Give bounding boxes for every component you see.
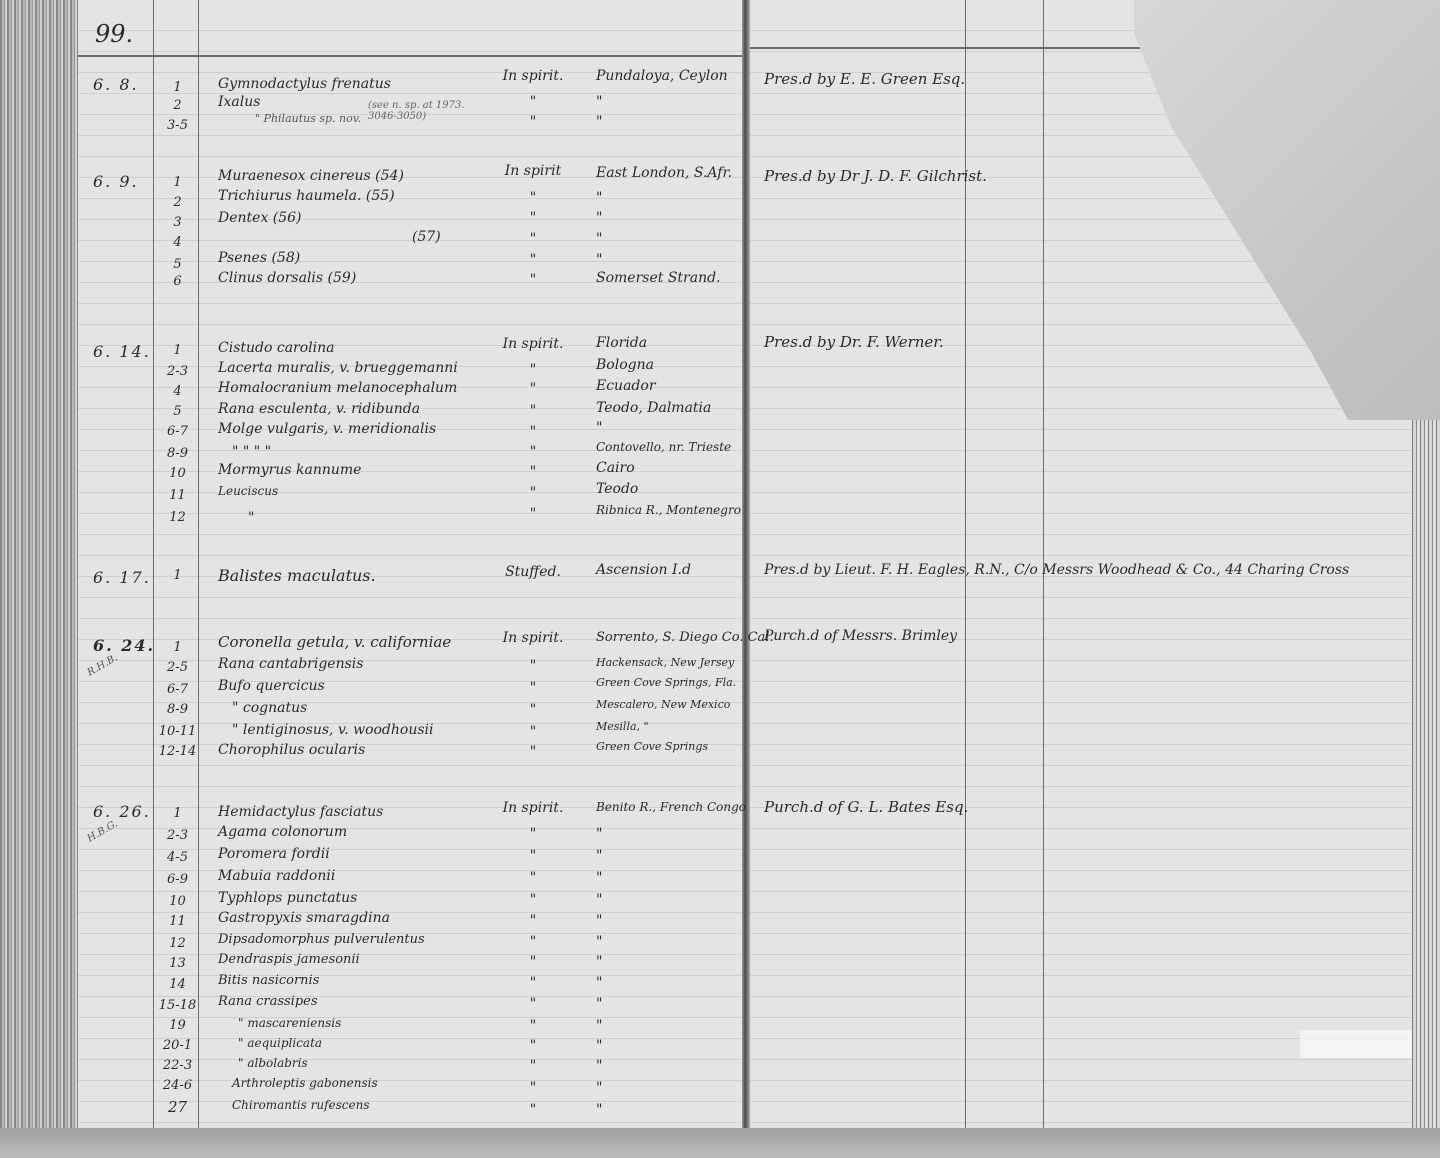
reg-number: 27 xyxy=(155,1098,200,1116)
locality: East London, S.Afr. xyxy=(596,165,732,181)
reg-number: 10 xyxy=(155,894,200,909)
locality: " xyxy=(596,420,602,436)
condition: " xyxy=(488,996,578,1012)
reg-number: 4 xyxy=(155,235,200,250)
species-name: Trichiurus haumela. (55) xyxy=(218,188,395,204)
locality: Florida xyxy=(596,335,647,351)
header-rule-left xyxy=(78,55,742,57)
species-name: Agama colonorum xyxy=(218,824,347,840)
locality: Contovello, nr. Trieste xyxy=(596,440,731,454)
donor-note: Pres.d by Dr. F. Werner. xyxy=(764,333,944,351)
condition: " xyxy=(488,1058,578,1074)
reg-number: 1 xyxy=(155,80,200,95)
locality: " xyxy=(596,913,602,929)
locality: " xyxy=(596,954,602,970)
species-name: Mormyrus kannume xyxy=(218,462,361,478)
species-name: Cistudo carolina xyxy=(218,340,334,356)
locality: " xyxy=(596,1080,602,1096)
condition: " xyxy=(488,506,578,522)
reg-number: 3-5 xyxy=(155,118,200,133)
reg-number: 2 xyxy=(155,195,200,210)
species-name: " xyxy=(248,510,254,526)
condition: " xyxy=(488,1018,578,1034)
species-name: Gymnodactylus frenatus xyxy=(218,76,391,92)
species-name: Psenes (58) xyxy=(218,250,300,266)
locality: " xyxy=(596,870,602,886)
locality: Ecuador xyxy=(596,378,656,394)
condition: " xyxy=(488,114,578,130)
reg-number: 2-5 xyxy=(155,660,200,675)
condition: In spirit. xyxy=(488,336,578,352)
reg-number: 6-9 xyxy=(155,872,200,887)
reg-number: 22-3 xyxy=(155,1058,200,1073)
locality: " xyxy=(596,826,602,842)
column-rule-date xyxy=(153,0,154,1128)
reg-number: 24-6 xyxy=(155,1078,200,1093)
condition: Stuffed. xyxy=(488,564,578,580)
condition: " xyxy=(488,913,578,929)
condition: " xyxy=(488,381,578,397)
species-name: Coronella getula, v. californiae xyxy=(218,633,451,651)
reg-number: 1 xyxy=(155,806,200,821)
donor-note: Pres.d by E. E. Green Esq. xyxy=(764,70,965,88)
reg-number: 10-11 xyxy=(155,724,200,739)
species-name: " albolabris xyxy=(238,1056,308,1070)
species-name: Muraenesox cinereus (54) xyxy=(218,168,404,184)
condition: " xyxy=(488,272,578,288)
locality: " xyxy=(596,892,602,908)
reg-number: 8-9 xyxy=(155,446,200,461)
light-glare xyxy=(1300,1030,1412,1058)
condition: " xyxy=(488,1080,578,1096)
species-name: " " " " xyxy=(232,444,271,460)
reg-number: 20-1 xyxy=(155,1038,200,1053)
book-gutter xyxy=(742,0,750,1158)
condition: " xyxy=(488,403,578,419)
species-name: " lentiginosus, v. woodhousii xyxy=(232,722,434,738)
entry-date: 6. 17. xyxy=(93,568,151,587)
species-name: " cognatus xyxy=(232,700,307,716)
condition: " xyxy=(488,975,578,991)
species-name: Leuciscus xyxy=(218,484,278,498)
reg-number: 1 xyxy=(155,343,200,358)
species-name: Dipsadomorphus pulverulentus xyxy=(218,932,425,947)
reg-number: 4-5 xyxy=(155,850,200,865)
locality: " xyxy=(596,94,602,110)
reg-number: 1 xyxy=(155,175,200,190)
reg-number: 12 xyxy=(155,936,200,951)
locality: " xyxy=(596,996,602,1012)
page-stack-right-edge xyxy=(1412,410,1440,1130)
locality: " xyxy=(596,1018,602,1034)
page-number: 99. xyxy=(95,20,133,48)
locality: Mescalero, New Mexico xyxy=(596,698,730,711)
species-name: (57) xyxy=(412,229,441,245)
condition: " xyxy=(488,231,578,247)
entry-date: 6. 9. xyxy=(93,172,139,191)
entry-date: 6. 24. xyxy=(93,636,155,655)
reg-number: 1 xyxy=(155,640,200,655)
locality: Mesilla, " xyxy=(596,720,649,733)
condition: " xyxy=(488,210,578,226)
species-name: Typhlops punctatus xyxy=(218,890,357,906)
reg-number: 1 xyxy=(155,568,200,583)
species-name: Poromera fordii xyxy=(218,846,330,862)
open-ledger-book: 99. 6. 8. 1 Gymnodactylus frenatus In sp… xyxy=(0,0,1440,1158)
species-name: " mascareniensis xyxy=(238,1016,341,1030)
condition: " xyxy=(488,252,578,268)
condition: " xyxy=(488,870,578,886)
locality: " xyxy=(596,1038,602,1054)
locality: " xyxy=(596,210,602,226)
reg-number: 5 xyxy=(155,404,200,419)
locality: Pundaloya, Ceylon xyxy=(596,68,728,84)
entry-date: 6. 14. xyxy=(93,342,151,361)
reg-number: 6-7 xyxy=(155,424,200,439)
species-name: Molge vulgaris, v. meridionalis xyxy=(218,421,436,437)
locality: " xyxy=(596,231,602,247)
reg-number: 2-3 xyxy=(155,828,200,843)
condition: " xyxy=(488,1038,578,1054)
species-name: Chorophilus ocularis xyxy=(218,742,365,758)
species-name: " aequiplicata xyxy=(238,1036,322,1050)
donor-note: Pres.d by Dr J. D. F. Gilchrist. xyxy=(764,167,987,185)
condition: " xyxy=(488,826,578,842)
locality: Ascension I.d xyxy=(596,562,691,578)
species-name: Dendraspis jamesonii xyxy=(218,952,360,967)
species-name: Clinus dorsalis (59) xyxy=(218,270,356,286)
species-name: Bitis nasicornis xyxy=(218,973,319,988)
reg-number: 5 xyxy=(155,257,200,272)
species-name: Rana crassipes xyxy=(218,994,318,1009)
condition: " xyxy=(488,464,578,480)
reg-number: 12-14 xyxy=(155,744,200,759)
condition: " xyxy=(488,724,578,740)
donor-note: Pres.d by Lieut. F. H. Eagles, R.N., C/o… xyxy=(764,562,1349,578)
locality: " xyxy=(596,1058,602,1074)
reg-number: 14 xyxy=(155,977,200,992)
species-name: Mabuia raddonii xyxy=(218,868,335,884)
condition: " xyxy=(488,848,578,864)
condition: " xyxy=(488,362,578,378)
reg-number: 19 xyxy=(155,1018,200,1033)
locality: " xyxy=(596,934,602,950)
condition: In spirit. xyxy=(488,630,578,646)
condition: " xyxy=(488,658,578,674)
condition: In spirit. xyxy=(488,68,578,84)
locality: " xyxy=(596,1102,602,1118)
locality: " xyxy=(596,848,602,864)
reg-number: 8-9 xyxy=(155,702,200,717)
donor-note: Purch.d of Messrs. Brimley xyxy=(764,628,957,644)
entry-date: 6. 8. xyxy=(93,75,139,94)
condition: " xyxy=(488,702,578,718)
condition: " xyxy=(488,680,578,696)
reg-number: 15-18 xyxy=(155,998,200,1013)
donor-note: Purch.d of G. L. Bates Esq. xyxy=(764,798,968,816)
condition: " xyxy=(488,744,578,760)
condition: " xyxy=(488,954,578,970)
reg-number: 2-3 xyxy=(155,364,200,379)
reg-number: 3 xyxy=(155,215,200,230)
condition: " xyxy=(488,190,578,206)
locality: Green Cove Springs, Fla. xyxy=(596,676,736,689)
species-name: Lacerta muralis, v. brueggemanni xyxy=(218,360,458,376)
species-name: Rana esculenta, v. ridibunda xyxy=(218,401,420,417)
reg-number: 2 xyxy=(155,98,200,113)
reg-number: 13 xyxy=(155,956,200,971)
reg-number: 4 xyxy=(155,384,200,399)
condition: " xyxy=(488,424,578,440)
reg-number: 11 xyxy=(155,488,200,503)
reg-number: 11 xyxy=(155,914,200,929)
locality: Green Cove Springs xyxy=(596,740,708,753)
page-stack-left-edge xyxy=(0,0,78,1130)
species-name: Arthroleptis gabonensis xyxy=(232,1076,378,1090)
species-name: " Philautus sp. nov. xyxy=(255,112,361,125)
locality: Teodo, Dalmatia xyxy=(596,400,711,416)
condition: " xyxy=(488,444,578,460)
locality: Sorrento, S. Diego Co. Cal. xyxy=(596,630,774,645)
condition: " xyxy=(488,485,578,501)
species-name: Bufo quercicus xyxy=(218,678,325,694)
reg-number: 6 xyxy=(155,274,200,289)
condition: " xyxy=(488,1102,578,1118)
species-name: Balistes maculatus. xyxy=(218,566,376,585)
locality: " xyxy=(596,252,602,268)
condition: In spirit. xyxy=(488,800,578,816)
condition: In spirit xyxy=(488,163,578,179)
species-name: Hemidactylus fasciatus xyxy=(218,804,383,820)
reg-number: 10 xyxy=(155,466,200,481)
locality: " xyxy=(596,190,602,206)
locality: Benito R., French Congo xyxy=(596,800,746,814)
locality: Somerset Strand. xyxy=(596,270,721,286)
locality: Cairo xyxy=(596,460,635,476)
cross-reference-note: (see n. sp. at 1973. 3046-3050) xyxy=(368,100,478,122)
entry-date: 6. 26. xyxy=(93,802,151,821)
species-name: Dentex (56) xyxy=(218,210,302,226)
locality: Bologna xyxy=(596,357,654,373)
species-name: Gastropyxis smaragdina xyxy=(218,910,390,926)
condition: " xyxy=(488,892,578,908)
locality: " xyxy=(596,114,602,130)
reg-number: 12 xyxy=(155,510,200,525)
species-name: Ixalus xyxy=(218,94,260,110)
reg-number: 6-7 xyxy=(155,682,200,697)
species-name: Chiromantis rufescens xyxy=(232,1098,369,1112)
book-bottom-edge xyxy=(0,1128,1440,1158)
locality: Teodo xyxy=(596,481,638,497)
species-name: Homalocranium melanocephalum xyxy=(218,380,457,396)
species-name: Rana cantabrigensis xyxy=(218,656,363,672)
locality: Ribnica R., Montenegro xyxy=(596,503,741,517)
condition: " xyxy=(488,934,578,950)
condition: " xyxy=(488,94,578,110)
locality: " xyxy=(596,975,602,991)
locality: Hackensack, New Jersey xyxy=(596,656,734,669)
